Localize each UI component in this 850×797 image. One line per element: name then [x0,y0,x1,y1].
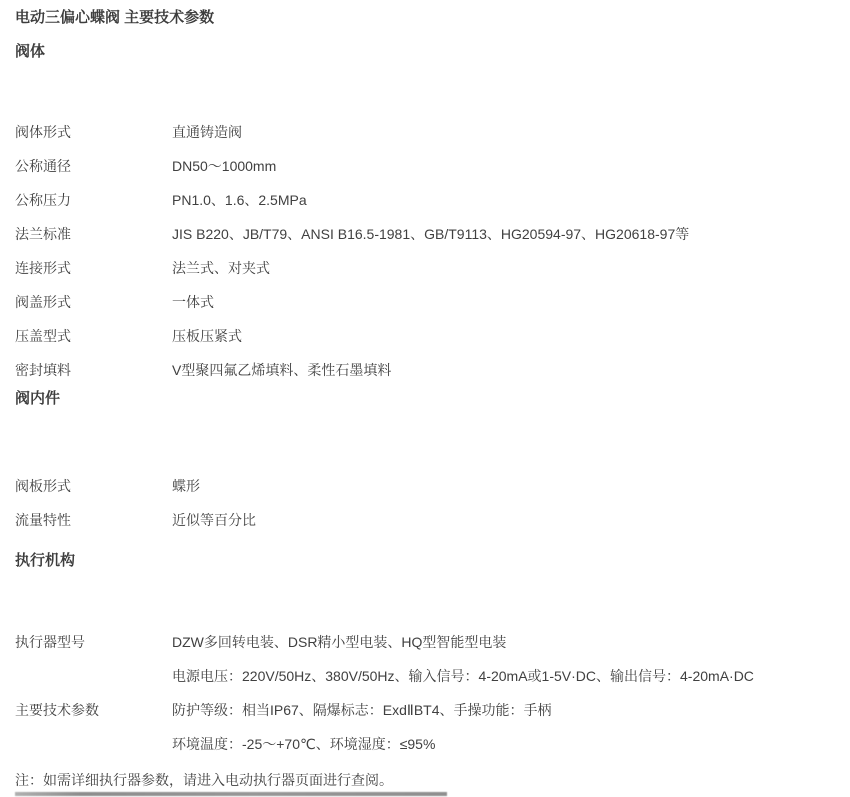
table-row: 法兰标准 JIS B220、JB/T79、ANSI B16.5-1981、GB/… [15,217,835,251]
table-row: 执行器型号 DZW多回转电装、DSR精小型电装、HQ型智能型电装 [15,625,835,659]
footnote: 注：如需详细执行器参数，请进入电动执行器页面进行查阅。 [15,770,835,790]
table-row: 公称通径 DN50～1000mm [15,149,835,183]
page-title: 电动三偏心蝶阀 主要技术参数 [15,8,835,28]
cutoff-text-line [15,792,447,796]
row-value: 压板压紧式 [172,326,242,346]
row-label: 公称通径 [15,156,172,176]
actuator-table: 执行器型号 DZW多回转电装、DSR精小型电装、HQ型智能型电装 主要技术参数 … [15,625,835,761]
row-value: 一体式 [172,292,214,312]
row-label: 连接形式 [15,258,172,278]
row-label: 阀盖形式 [15,292,172,312]
row-value-line: 环境温度：-25～+70℃、环境湿度：≤95% [172,727,835,761]
row-value: 直通铸造阀 [172,122,242,142]
row-label: 法兰标准 [15,224,172,244]
section-heading-valve-internals: 阀内件 [15,389,835,409]
row-value: 蝶形 [172,476,200,496]
row-value: PN1.0、1.6、2.5MPa [172,190,307,210]
row-label: 阀体形式 [15,122,172,142]
section-heading-valve-body: 阀体 [15,42,835,62]
row-label: 密封填料 [15,360,172,380]
row-value-line: 防护等级：相当IP67、隔爆标志：ExdⅡBT4、手操功能：手柄 [172,693,835,727]
row-value: JIS B220、JB/T79、ANSI B16.5-1981、GB/T9113… [172,224,689,244]
row-value-line: 电源电压：220V/50Hz、380V/50Hz、输入信号：4-20mA或1-5… [172,659,835,693]
section-heading-actuator: 执行机构 [15,551,835,571]
row-label: 流量特性 [15,510,172,530]
row-label: 主要技术参数 [15,659,172,761]
row-value: 法兰式、对夹式 [172,258,270,278]
row-label: 执行器型号 [15,632,172,652]
valve-body-table: 阀体形式 直通铸造阀 公称通径 DN50～1000mm 公称压力 PN1.0、1… [15,115,835,387]
row-value: DN50～1000mm [172,156,276,176]
table-row: 公称压力 PN1.0、1.6、2.5MPa [15,183,835,217]
multiline-values: 电源电压：220V/50Hz、380V/50Hz、输入信号：4-20mA或1-5… [172,659,835,761]
table-row: 阀板形式 蝶形 [15,469,835,503]
spec-page: 电动三偏心蝶阀 主要技术参数 阀体 阀体形式 直通铸造阀 公称通径 DN50～1… [0,0,850,797]
row-value: V型聚四氟乙烯填料、柔性石墨填料 [172,360,391,380]
table-row: 流量特性 近似等百分比 [15,503,835,537]
row-value: 近似等百分比 [172,510,256,530]
table-row: 连接形式 法兰式、对夹式 [15,251,835,285]
row-label: 阀板形式 [15,476,172,496]
table-row: 密封填料 V型聚四氟乙烯填料、柔性石墨填料 [15,353,835,387]
table-row: 阀盖形式 一体式 [15,285,835,319]
row-label: 压盖型式 [15,326,172,346]
table-row: 压盖型式 压板压紧式 [15,319,835,353]
valve-internals-table: 阀板形式 蝶形 流量特性 近似等百分比 [15,469,835,537]
row-value: DZW多回转电装、DSR精小型电装、HQ型智能型电装 [172,632,506,652]
table-row-multiline: 主要技术参数 电源电压：220V/50Hz、380V/50Hz、输入信号：4-2… [15,659,835,761]
row-label: 公称压力 [15,190,172,210]
table-row: 阀体形式 直通铸造阀 [15,115,835,149]
